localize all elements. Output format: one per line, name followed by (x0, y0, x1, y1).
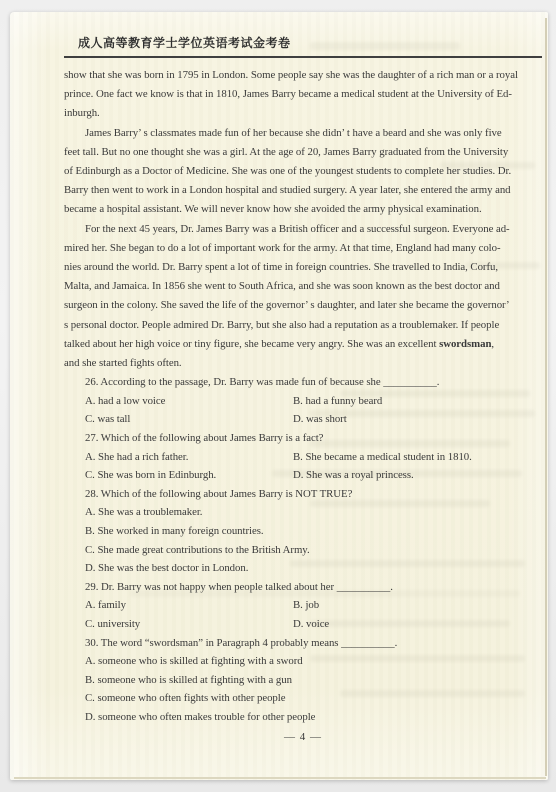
option-row: C. universityD. voice (85, 615, 542, 634)
passage-line: s personal doctor. People admired Dr. Ba… (64, 316, 542, 335)
option-row: C. She was born in Edinburgh.D. She was … (85, 466, 542, 485)
option-A: A. She was a troublemaker. (85, 503, 202, 522)
passage-line: James Barry’ s classmates made fun of he… (64, 124, 542, 143)
option-D: D. She was the best doctor in London. (85, 559, 248, 578)
passage-line: nies around the world. Dr. Barry spent a… (64, 258, 542, 277)
question-29: 29. Dr. Barry was not happy when people … (85, 578, 542, 634)
page-content: 成人高等教育学士学位英语考试金考卷 show that she was born… (10, 12, 548, 743)
option-row: D. someone who often makes trouble for o… (85, 708, 542, 727)
option-row: B. She worked in many foreign countries. (85, 522, 542, 541)
option-B: B. had a funny beard (293, 392, 382, 411)
question-26: 26. According to the passage, Dr. Barry … (85, 373, 542, 429)
passage: show that she was born in 1795 in London… (64, 66, 542, 373)
passage-line: Barry then went to work in a London hosp… (64, 181, 542, 200)
passage-line: of Edinburgh as a Doctor of Medicine. Sh… (64, 162, 542, 181)
option-row: B. someone who is skilled at fighting wi… (85, 671, 542, 690)
option-C: C. She made great contributions to the B… (85, 541, 310, 560)
option-A: A. someone who is skilled at fighting wi… (85, 652, 303, 671)
passage-line: For the next 45 years, Dr. James Barry w… (64, 220, 542, 239)
option-row: A. someone who is skilled at fighting wi… (85, 652, 542, 671)
option-C: C. someone who often fights with other p… (85, 689, 285, 708)
option-D: D. voice (293, 615, 329, 634)
question-30: 30. The word “swordsman” in Paragraph 4 … (85, 634, 542, 727)
paper-page: 成人高等教育学士学位英语考试金考卷 show that she was born… (10, 12, 548, 780)
option-row: A. She had a rich father.B. She became a… (85, 448, 542, 467)
page-edge-bottom (14, 777, 546, 779)
option-B: B. someone who is skilled at fighting wi… (85, 671, 292, 690)
paragraph: James Barry’ s classmates made fun of he… (64, 124, 542, 220)
passage-line: show that she was born in 1795 in London… (64, 66, 542, 85)
passage-line: Malta, and Jamaica. In 1856 she went to … (64, 277, 542, 296)
option-C: C. She was born in Edinburgh. (85, 466, 293, 485)
passage-line: surgeon in the colony. She saved the lif… (64, 296, 542, 315)
option-row: C. She made great contributions to the B… (85, 541, 542, 560)
page-edge-right (545, 18, 547, 776)
question-stem: 29. Dr. Barry was not happy when people … (85, 578, 542, 597)
option-row: C. someone who often fights with other p… (85, 689, 542, 708)
passage-line: became a hospital assistant. We will nev… (64, 200, 542, 219)
option-B: B. job (293, 596, 319, 615)
passage-line: inburgh. (64, 104, 542, 123)
passage-line: prince. One fact we know is that in 1810… (64, 85, 542, 104)
passage-line: feet tall. But no one thought she was a … (64, 143, 542, 162)
question-stem: 30. The word “swordsman” in Paragraph 4 … (85, 634, 542, 653)
option-B: B. She became a medical student in 1810. (293, 448, 472, 467)
question-stem: 26. According to the passage, Dr. Barry … (85, 373, 542, 392)
option-row: A. familyB. job (85, 596, 542, 615)
scanned-exam-page: { "header": { "title": "成人高等教育学士学位英语考试金考… (0, 0, 556, 792)
header-rule (64, 56, 542, 58)
option-D: D. She was a royal princess. (293, 466, 414, 485)
option-row: A. She was a troublemaker. (85, 503, 542, 522)
passage-line: talked about her high voice or tiny figu… (64, 335, 542, 354)
option-A: A. had a low voice (85, 392, 293, 411)
option-B: B. She worked in many foreign countries. (85, 522, 264, 541)
option-D: D. someone who often makes trouble for o… (85, 708, 315, 727)
question-stem: 28. Which of the following about James B… (85, 485, 542, 504)
option-A: A. family (85, 596, 293, 615)
passage-line: and she started fights often. (64, 354, 542, 373)
option-C: C. was tall (85, 410, 293, 429)
paragraph: show that she was born in 1795 in London… (64, 66, 542, 124)
option-row: C. was tallD. was short (85, 410, 542, 429)
question-stem: 27. Which of the following about James B… (85, 429, 542, 448)
option-row: D. She was the best doctor in London. (85, 559, 542, 578)
passage-line: mired her. She began to do a lot of impo… (64, 239, 542, 258)
option-row: A. had a low voiceB. had a funny beard (85, 392, 542, 411)
page-number: — 4 — (64, 731, 542, 743)
option-D: D. was short (293, 410, 347, 429)
question-27: 27. Which of the following about James B… (85, 429, 542, 485)
questions: 26. According to the passage, Dr. Barry … (85, 373, 542, 726)
question-28: 28. Which of the following about James B… (85, 485, 542, 578)
paragraph: For the next 45 years, Dr. James Barry w… (64, 220, 542, 374)
option-C: C. university (85, 615, 293, 634)
option-A: A. She had a rich father. (85, 448, 293, 467)
exam-header-title: 成人高等教育学士学位英语考试金考卷 (78, 34, 542, 51)
